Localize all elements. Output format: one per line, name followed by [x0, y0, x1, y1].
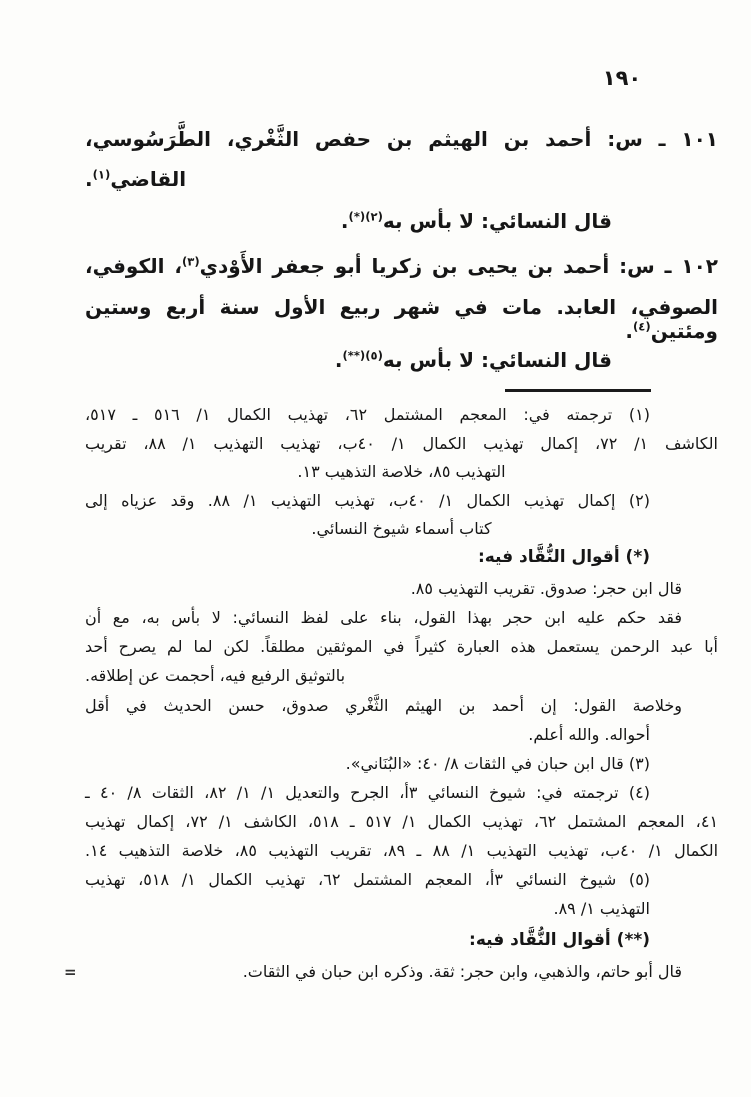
entry-102-header-line-2: الصوفي، العابد. مات في شهر ربيع الأول سن… — [85, 295, 718, 343]
commentary-line-2: أبا عبد الرحمن يستعمل هذه العبارة كثيراً… — [85, 637, 718, 656]
entry-102-nasai-verdict: قال النسائي: لا بأس به(٥)(**). — [85, 348, 612, 372]
footnote-4-line-2: ٤١، المعجم المشتمل ٦٢، تهذيب الكمال ١/ ٥… — [85, 812, 718, 831]
footnote-continuation-mark: = — [64, 963, 77, 981]
scanned-book-page: ١٩٠ ١٠١ ـ س: أحمد بن الهيثم بن حفص الثَّ… — [0, 0, 751, 1097]
footnote-separator-rule — [505, 389, 651, 392]
footnote-1-line-3: التهذيب ٨٥، خلاصة التذهيب ١٣. — [85, 462, 718, 481]
abu-hatim-saying: قال أبو حاتم، والذهبي، وابن حجر: ثقة. وذ… — [85, 962, 682, 981]
ibn-hajar-saying: قال ابن حجر: صدوق. تقريب التهذيب ٨٥. — [85, 579, 682, 598]
footnote-1-line-2: الكاشف ١/ ٧٢، إكمال تهذيب الكمال ١/ ٤٠ب،… — [85, 434, 718, 453]
footnote-5-line-1: (٥) شيوخ النسائي ٣أ، المعجم المشتمل ٦٢، … — [85, 870, 650, 889]
critics-sayings-heading-1: (*) أقوال النُّقَّاد فيه: — [85, 547, 650, 567]
entry-101-nasai-verdict: قال النسائي: لا بأس به(٢)(*). — [85, 209, 612, 233]
commentary-line-1: فقد حكم عليه ابن حجر بهذا القول، بناء عل… — [85, 608, 682, 627]
entry-101-header-line-1: ١٠١ ـ س: أحمد بن الهيثم بن حفص الثَّغْري… — [85, 127, 718, 151]
page-number: ١٩٠ — [596, 66, 648, 90]
footnote-2-line-2: كتاب أسماء شيوخ النسائي. — [85, 519, 718, 538]
footnote-4-line-3: الكمال ١/ ٤٠ب، تهذيب التهذيب ١/ ٨٨ ـ ٨٩،… — [85, 841, 718, 860]
footnote-2-line-1: (٢) إكمال تهذيب الكمال ١/ ٤٠ب، تهذيب الت… — [85, 491, 650, 510]
footnote-5-line-2: التهذيب ١/ ٨٩. — [85, 899, 650, 918]
commentary-line-3: بالتوثيق الرفيع فيه، أحجمت عن إطلاقه. — [85, 666, 718, 685]
footnote-3-line-1: (٣) قال ابن حبان في الثقات ٨/ ٤٠: «البُن… — [85, 754, 650, 773]
footnote-1-line-1: (١) ترجمته في: المعجم المشتمل ٦٢، تهذيب … — [85, 405, 650, 424]
entry-101-header-line-2: القاضي(١). — [85, 167, 718, 191]
conclusion-line-1: وخلاصة القول: إن أحمد بن الهيثم الثَّغْر… — [85, 696, 682, 715]
footnote-4-line-1: (٤) ترجمته في: شيوخ النسائي ٣أ، الجرح وا… — [85, 783, 650, 802]
entry-102-header-line-1: ١٠٢ ـ س: أحمد بن يحيى بن زكريا أبو جعفر … — [85, 254, 718, 278]
conclusion-line-2: أحواله. والله أعلم. — [85, 725, 650, 744]
critics-sayings-heading-2: (**) أقوال النُّقَّاد فيه: — [85, 930, 650, 950]
